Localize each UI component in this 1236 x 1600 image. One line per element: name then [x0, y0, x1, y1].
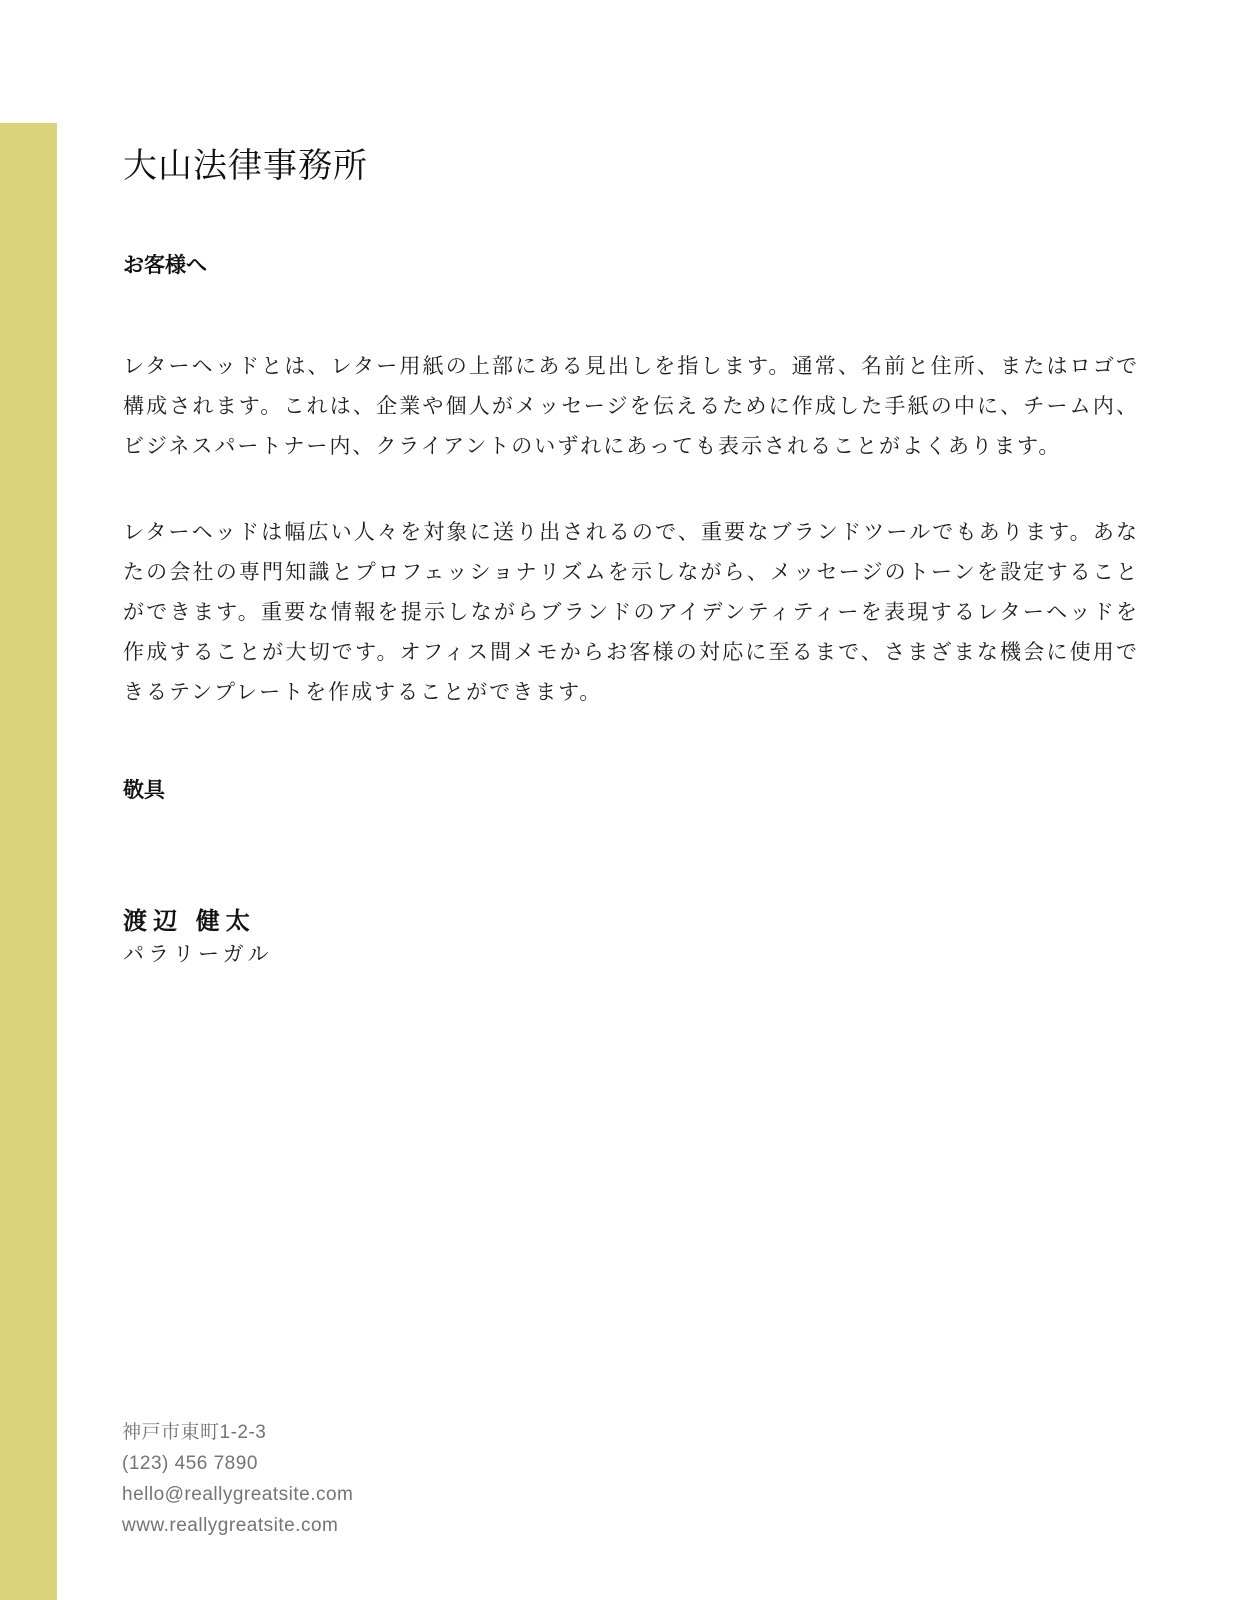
footer-phone: (123) 456 7890	[122, 1448, 353, 1479]
footer-website: www.reallygreatsite.com	[122, 1510, 353, 1541]
footer-address: 神戸市東町1-2-3	[122, 1417, 353, 1448]
signature-name: 渡辺 健太	[123, 901, 256, 936]
signature-title: パラリーガル	[123, 938, 273, 968]
footer-email: hello@reallygreatsite.com	[122, 1479, 353, 1510]
footer-contact-block: 神戸市東町1-2-3 (123) 456 7890 hello@reallygr…	[122, 1417, 353, 1541]
company-name: 大山法律事務所	[123, 138, 368, 187]
closing-phrase: 敬具	[123, 774, 165, 804]
accent-stripe	[0, 123, 57, 1600]
body-paragraph-2: レターヘッドは幅広い人々を対象に送り出されるので、重要なブランドツールでもありま…	[123, 513, 1139, 713]
salutation: お客様へ	[123, 249, 207, 279]
body-paragraph-1: レターヘッドとは、レター用紙の上部にある見出しを指します。通常、名前と住所、また…	[123, 347, 1139, 467]
letter-page: 大山法律事務所 お客様へ レターヘッドとは、レター用紙の上部にある見出しを指しま…	[0, 0, 1236, 1600]
